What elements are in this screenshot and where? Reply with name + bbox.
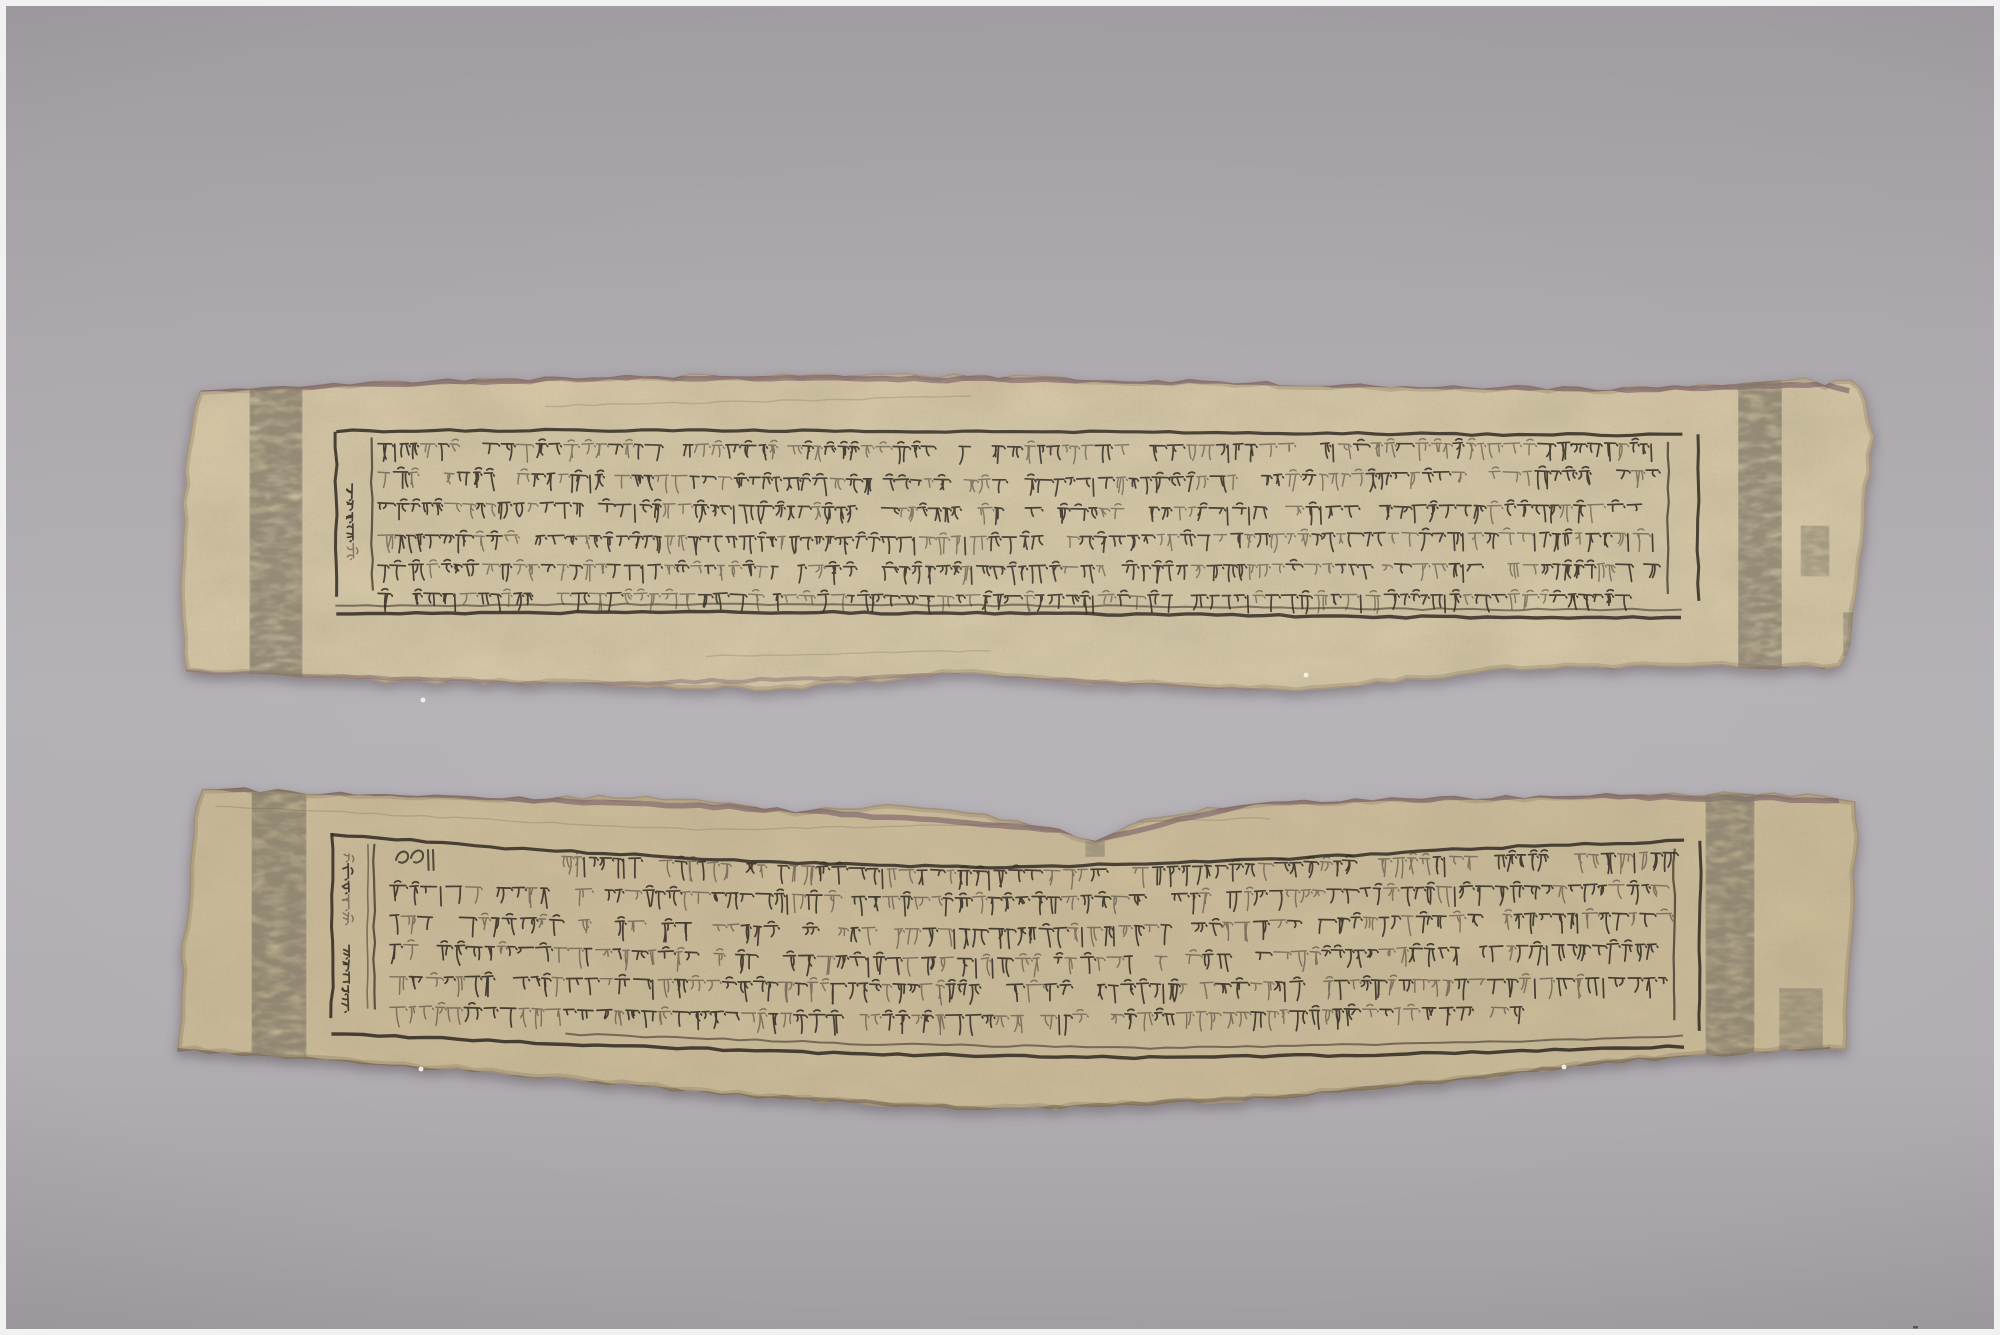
manuscript-scene — [6, 6, 2000, 1335]
dust-speck — [421, 698, 426, 703]
ink-blotch — [1086, 842, 1104, 856]
ink-blotch — [1781, 991, 1821, 1049]
dark-speck — [1913, 1326, 1918, 1329]
frame-right-rule — [1697, 434, 1699, 601]
ink-smudge-band — [1708, 806, 1752, 1050]
frame-inner-left-rule — [371, 438, 373, 591]
ink-smudge-band — [254, 794, 304, 1056]
photograph-background: Photograph of two oblong leaves of a Tib… — [0, 0, 2000, 1335]
dust-speck — [1562, 1065, 1567, 1070]
dust-speck — [1304, 673, 1309, 678]
dust-speck — [419, 1067, 424, 1072]
ink-blotch — [1802, 528, 1828, 574]
ink-blotch — [1844, 614, 1860, 654]
ink-smudge-band — [1740, 388, 1780, 670]
ink-smudge-band — [252, 384, 300, 674]
